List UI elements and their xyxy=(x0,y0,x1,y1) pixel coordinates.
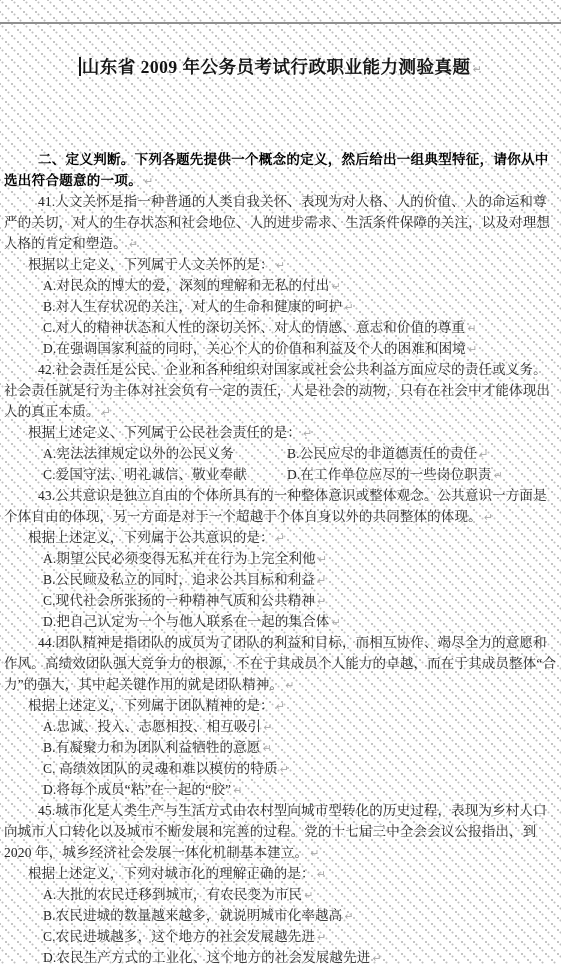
paragraph-mark-icon: ↵ xyxy=(285,679,294,692)
document-line: A.大批的农民迁移到城市，有农民变为市民↵ xyxy=(4,884,559,905)
paragraph-mark-icon: ↵ xyxy=(318,553,327,566)
line-text: 社会责任就是行为主体对社会负有一定的责任，人是社会的动物，只有在社会中才能体现出 xyxy=(4,383,550,398)
document-line: C.农民进城越多，这个地方的社会发展越先进↵ xyxy=(4,926,559,947)
paragraph-mark-icon: ↵ xyxy=(467,322,476,335)
line-text: 44.团队精神是指团队的成员为了团队的利益和目标，而相互协作、竭尽全力的意愿和 xyxy=(38,635,547,650)
line-text: 选出符合题意的一项。 xyxy=(4,173,142,188)
document-line: A.期望公民必须变得无私并在行为上完全利他↵ xyxy=(4,548,559,569)
paragraph-mark-icon: ↵ xyxy=(484,511,493,524)
line-text: 45.城市化是人类生产与生活方式由农村型向城市型转化的历史过程，表现为乡村人口 xyxy=(38,803,547,818)
paragraph-mark-icon: ↵ xyxy=(276,532,285,545)
document-line: 社会责任就是行为主体对社会负有一定的责任，人是社会的动物，只有在社会中才能体现出 xyxy=(4,380,559,401)
document-line: D.农民生产方式的工业化、这个地方的社会发展越先进↵ xyxy=(4,947,559,964)
paragraph-mark-icon: ↵ xyxy=(144,175,154,188)
paragraph-mark-icon: ↵ xyxy=(331,280,340,293)
document-line: B.农民进城的数量越来越多，就说明城市化率越高↵ xyxy=(4,905,559,926)
document-line: B.有凝聚力和为团队利益牺牲的意愿↵ xyxy=(4,737,559,758)
line-text: B.对人生存状况的关注，对人的生命和健康的呵护 xyxy=(43,299,342,314)
line-text: A.大批的农民迁移到城市，有农民变为市民 xyxy=(43,887,302,902)
paragraph-mark-icon: ↵ xyxy=(129,238,138,251)
paragraph-mark-icon: ↵ xyxy=(303,427,312,440)
line-text: B.有凝聚力和为团队利益牺牲的意愿 xyxy=(43,740,260,755)
document-line: A.对民众的博大的爱，深刻的理解和无私的付出↵ xyxy=(4,275,559,296)
paragraph-mark-icon: ↵ xyxy=(473,63,483,76)
title-text: 山东省 2009 年公务员考试行政职业能力测验真题 xyxy=(82,57,471,77)
line-text: 根据上述定义，下列属于公共意识的是： xyxy=(28,530,274,545)
line-text: C.爱国守法、明礼诚信、敬业奉献 xyxy=(43,464,287,485)
document-line: 力”的强大，其中起关键作用的就是团队精神。↵ xyxy=(4,674,559,695)
line-text: A.对民众的博大的爱，深刻的理解和无私的付出 xyxy=(43,278,329,293)
paragraph-mark-icon: ↵ xyxy=(372,952,381,964)
document-title: 山东省 2009 年公务员考试行政职业能力测验真题↵ xyxy=(0,54,561,79)
document-line: 二、定义判断。下列各题先提供一个概念的定义，然后给出一组典型特征，请你从中 xyxy=(4,149,559,170)
text-cursor-icon xyxy=(79,57,81,76)
paragraph-mark-icon: ↵ xyxy=(263,721,272,734)
paragraph-mark-icon: ↵ xyxy=(344,301,353,314)
paragraph-mark-icon: ↵ xyxy=(276,700,285,713)
line-text: D.把自己认定为一个与他人联系在一起的集合体 xyxy=(43,614,329,629)
document-line: 个体自由的体现，另一方面是对于一个超越于个体自身以外的共同整体的体现。↵ xyxy=(4,506,559,527)
line-text: B.公民应尽的非道德责任的责任 xyxy=(287,446,477,461)
line-text: 向城市人口转化以及城市不断发展和完善的过程。党的十七届三中全会会议公报指出，到 xyxy=(4,824,536,839)
line-text: C. 高绩效团队的灵魂和难以模仿的特质 xyxy=(43,761,278,776)
line-text: 严的关切，对人的生存状态和社会地位、人的进步需求、生活条件保障的关注，以及对理想 xyxy=(4,215,550,230)
document-line: 根据上述定义，下列属于公共意识的是：↵ xyxy=(4,527,559,548)
line-text: 根据上述定义，下列对城市化的理解正确的是： xyxy=(28,866,315,881)
document-line: 44.团队精神是指团队的成员为了团队的利益和目标，而相互协作、竭尽全力的意愿和 xyxy=(4,632,559,653)
line-text: C.农民进城越多，这个地方的社会发展越先进 xyxy=(43,929,315,944)
line-text: 41.人文关怀是指一种普通的人类自我关怀、表现为对人格、人的价值、人的命运和尊 xyxy=(38,194,547,209)
document-body: 二、定义判断。下列各题先提供一个概念的定义，然后给出一组典型特征，请你从中选出符… xyxy=(4,149,559,964)
document-line: C.现代社会所张扬的一种精神气质和公共精神↵ xyxy=(4,590,559,611)
document-line: C.对人的精神状态和人性的深切关怀、对人的情感、意志和价值的尊重↵ xyxy=(4,317,559,338)
line-text: 人的真正本质。 xyxy=(4,404,100,419)
paragraph-mark-icon: ↵ xyxy=(317,868,326,881)
document-line: 作风。高绩效团队强大竞争力的根源，不在于其成员个人能力的卓越，而在于其成员整体“… xyxy=(4,653,559,674)
line-text: B.公民顾及私立的同时，追求公共目标和利益 xyxy=(43,572,315,587)
paragraph-mark-icon: ↵ xyxy=(331,616,340,629)
paragraph-mark-icon: ↵ xyxy=(262,742,271,755)
header-divider xyxy=(0,22,561,24)
paragraph-mark-icon: ↵ xyxy=(468,343,477,356)
line-text: 人格的肯定和塑造。 xyxy=(4,236,127,251)
document-line: A.忠诚、投入、志愿相投、相互吸引↵ xyxy=(4,716,559,737)
document-line: 45.城市化是人类生产与生活方式由农村型向城市型转化的历史过程，表现为乡村人口 xyxy=(4,800,559,821)
document-line: 人格的肯定和塑造。↵ xyxy=(4,233,559,254)
document-line: 43.公共意识是独立自由的个体所具有的一种整体意识或整体观念。公共意识一方面是 xyxy=(4,485,559,506)
line-text: 根据以上定义，下列属于人文关怀的是： xyxy=(28,257,274,272)
line-text: C.对人的精神状态和人性的深切关怀、对人的情感、意志和价值的尊重 xyxy=(43,320,465,335)
paragraph-mark-icon: ↵ xyxy=(280,763,289,776)
line-text: C.现代社会所张扬的一种精神气质和公共精神 xyxy=(43,593,315,608)
document-line: 根据上述定义、下列属于公民社会责任的是：↵ xyxy=(4,422,559,443)
paragraph-mark-icon: ↵ xyxy=(494,469,503,482)
paragraph-mark-icon: ↵ xyxy=(233,784,242,797)
paragraph-mark-icon: ↵ xyxy=(344,910,353,923)
document-line: B.对人生存状况的关注，对人的生命和健康的呵护↵ xyxy=(4,296,559,317)
document-line: 根据上述定义，下列对城市化的理解正确的是：↵ xyxy=(4,863,559,884)
line-text: A.宪法法律规定以外的公民义务 xyxy=(43,443,287,464)
paragraph-mark-icon: ↵ xyxy=(479,448,488,461)
paragraph-mark-icon: ↵ xyxy=(276,259,285,272)
document-line: D.将每个成员“粘”在一起的“胶”↵ xyxy=(4,779,559,800)
line-text: 作风。高绩效团队强大竞争力的根源，不在于其成员个人能力的卓越，而在于其成员整体“… xyxy=(4,656,556,671)
paragraph-mark-icon: ↵ xyxy=(317,574,326,587)
line-text: 二、定义判断。下列各题先提供一个概念的定义，然后给出一组典型特征，请你从中 xyxy=(38,152,549,167)
document-line: D.把自己认定为一个与他人联系在一起的集合体↵ xyxy=(4,611,559,632)
line-text: D.将每个成员“粘”在一起的“胶” xyxy=(43,782,231,797)
line-text: A.忠诚、投入、志愿相投、相互吸引 xyxy=(43,719,261,734)
line-text: D.在工作单位应尽的一些岗位职责 xyxy=(287,467,492,482)
document-line: 向城市人口转化以及城市不断发展和完善的过程。党的十七届三中全会会议公报指出，到 xyxy=(4,821,559,842)
paragraph-mark-icon: ↵ xyxy=(304,889,313,902)
line-text: B.农民进城的数量越来越多，就说明城市化率越高 xyxy=(43,908,342,923)
line-text: 根据上述定义、下列属于公民社会责任的是： xyxy=(28,425,301,440)
document-line: 根据上述定义，下列属于团队精神的是：↵ xyxy=(4,695,559,716)
paragraph-mark-icon: ↵ xyxy=(102,406,111,419)
line-text: A.期望公民必须变得无私并在行为上完全利他 xyxy=(43,551,316,566)
document-line: 根据以上定义，下列属于人文关怀的是：↵ xyxy=(4,254,559,275)
document-line: 严的关切，对人的生存状态和社会地位、人的进步需求、生活条件保障的关注，以及对理想 xyxy=(4,212,559,233)
paragraph-mark-icon: ↵ xyxy=(310,847,319,860)
line-text: 根据上述定义，下列属于团队精神的是： xyxy=(28,698,274,713)
paragraph-mark-icon: ↵ xyxy=(317,595,326,608)
document-line: D.在强调国家利益的同时，关心个人的价值和利益及个人的困难和困境↵ xyxy=(4,338,559,359)
document-line: 2020 年，城乡经济社会发展一体化机制基本建立。↵ xyxy=(4,842,559,863)
document-line: A.宪法法律规定以外的公民义务B.公民应尽的非道德责任的责任↵ xyxy=(4,443,559,464)
line-text: D.在强调国家利益的同时，关心个人的价值和利益及个人的困难和困境 xyxy=(43,341,466,356)
line-text: 43.公共意识是独立自由的个体所具有的一种整体意识或整体观念。公共意识一方面是 xyxy=(38,488,547,503)
document-line: 42.社会责任是公民、企业和各种组织对国家或社会公共利益方面应尽的责任或义务。 xyxy=(4,359,559,380)
line-text: 42.社会责任是公民、企业和各种组织对国家或社会公共利益方面应尽的责任或义务。 xyxy=(38,362,547,377)
document-line: B.公民顾及私立的同时，追求公共目标和利益↵ xyxy=(4,569,559,590)
document-line: 人的真正本质。↵ xyxy=(4,401,559,422)
document-line: C.爱国守法、明礼诚信、敬业奉献D.在工作单位应尽的一些岗位职责↵ xyxy=(4,464,559,485)
document-page: { "header": { "title": "山东省 2009 年公务员考试行… xyxy=(0,0,561,964)
line-text: 个体自由的体现，另一方面是对于一个超越于个体自身以外的共同整体的体现。 xyxy=(4,509,482,524)
document-line: C. 高绩效团队的灵魂和难以模仿的特质↵ xyxy=(4,758,559,779)
line-text: 力”的强大，其中起关键作用的就是团队精神。 xyxy=(4,677,283,692)
line-text: 2020 年，城乡经济社会发展一体化机制基本建立。 xyxy=(4,845,308,860)
document-line: 选出符合题意的一项。↵ xyxy=(4,170,559,191)
document-line: 41.人文关怀是指一种普通的人类自我关怀、表现为对人格、人的价值、人的命运和尊 xyxy=(4,191,559,212)
line-text: D.农民生产方式的工业化、这个地方的社会发展越先进 xyxy=(43,950,370,964)
paragraph-mark-icon: ↵ xyxy=(317,931,326,944)
